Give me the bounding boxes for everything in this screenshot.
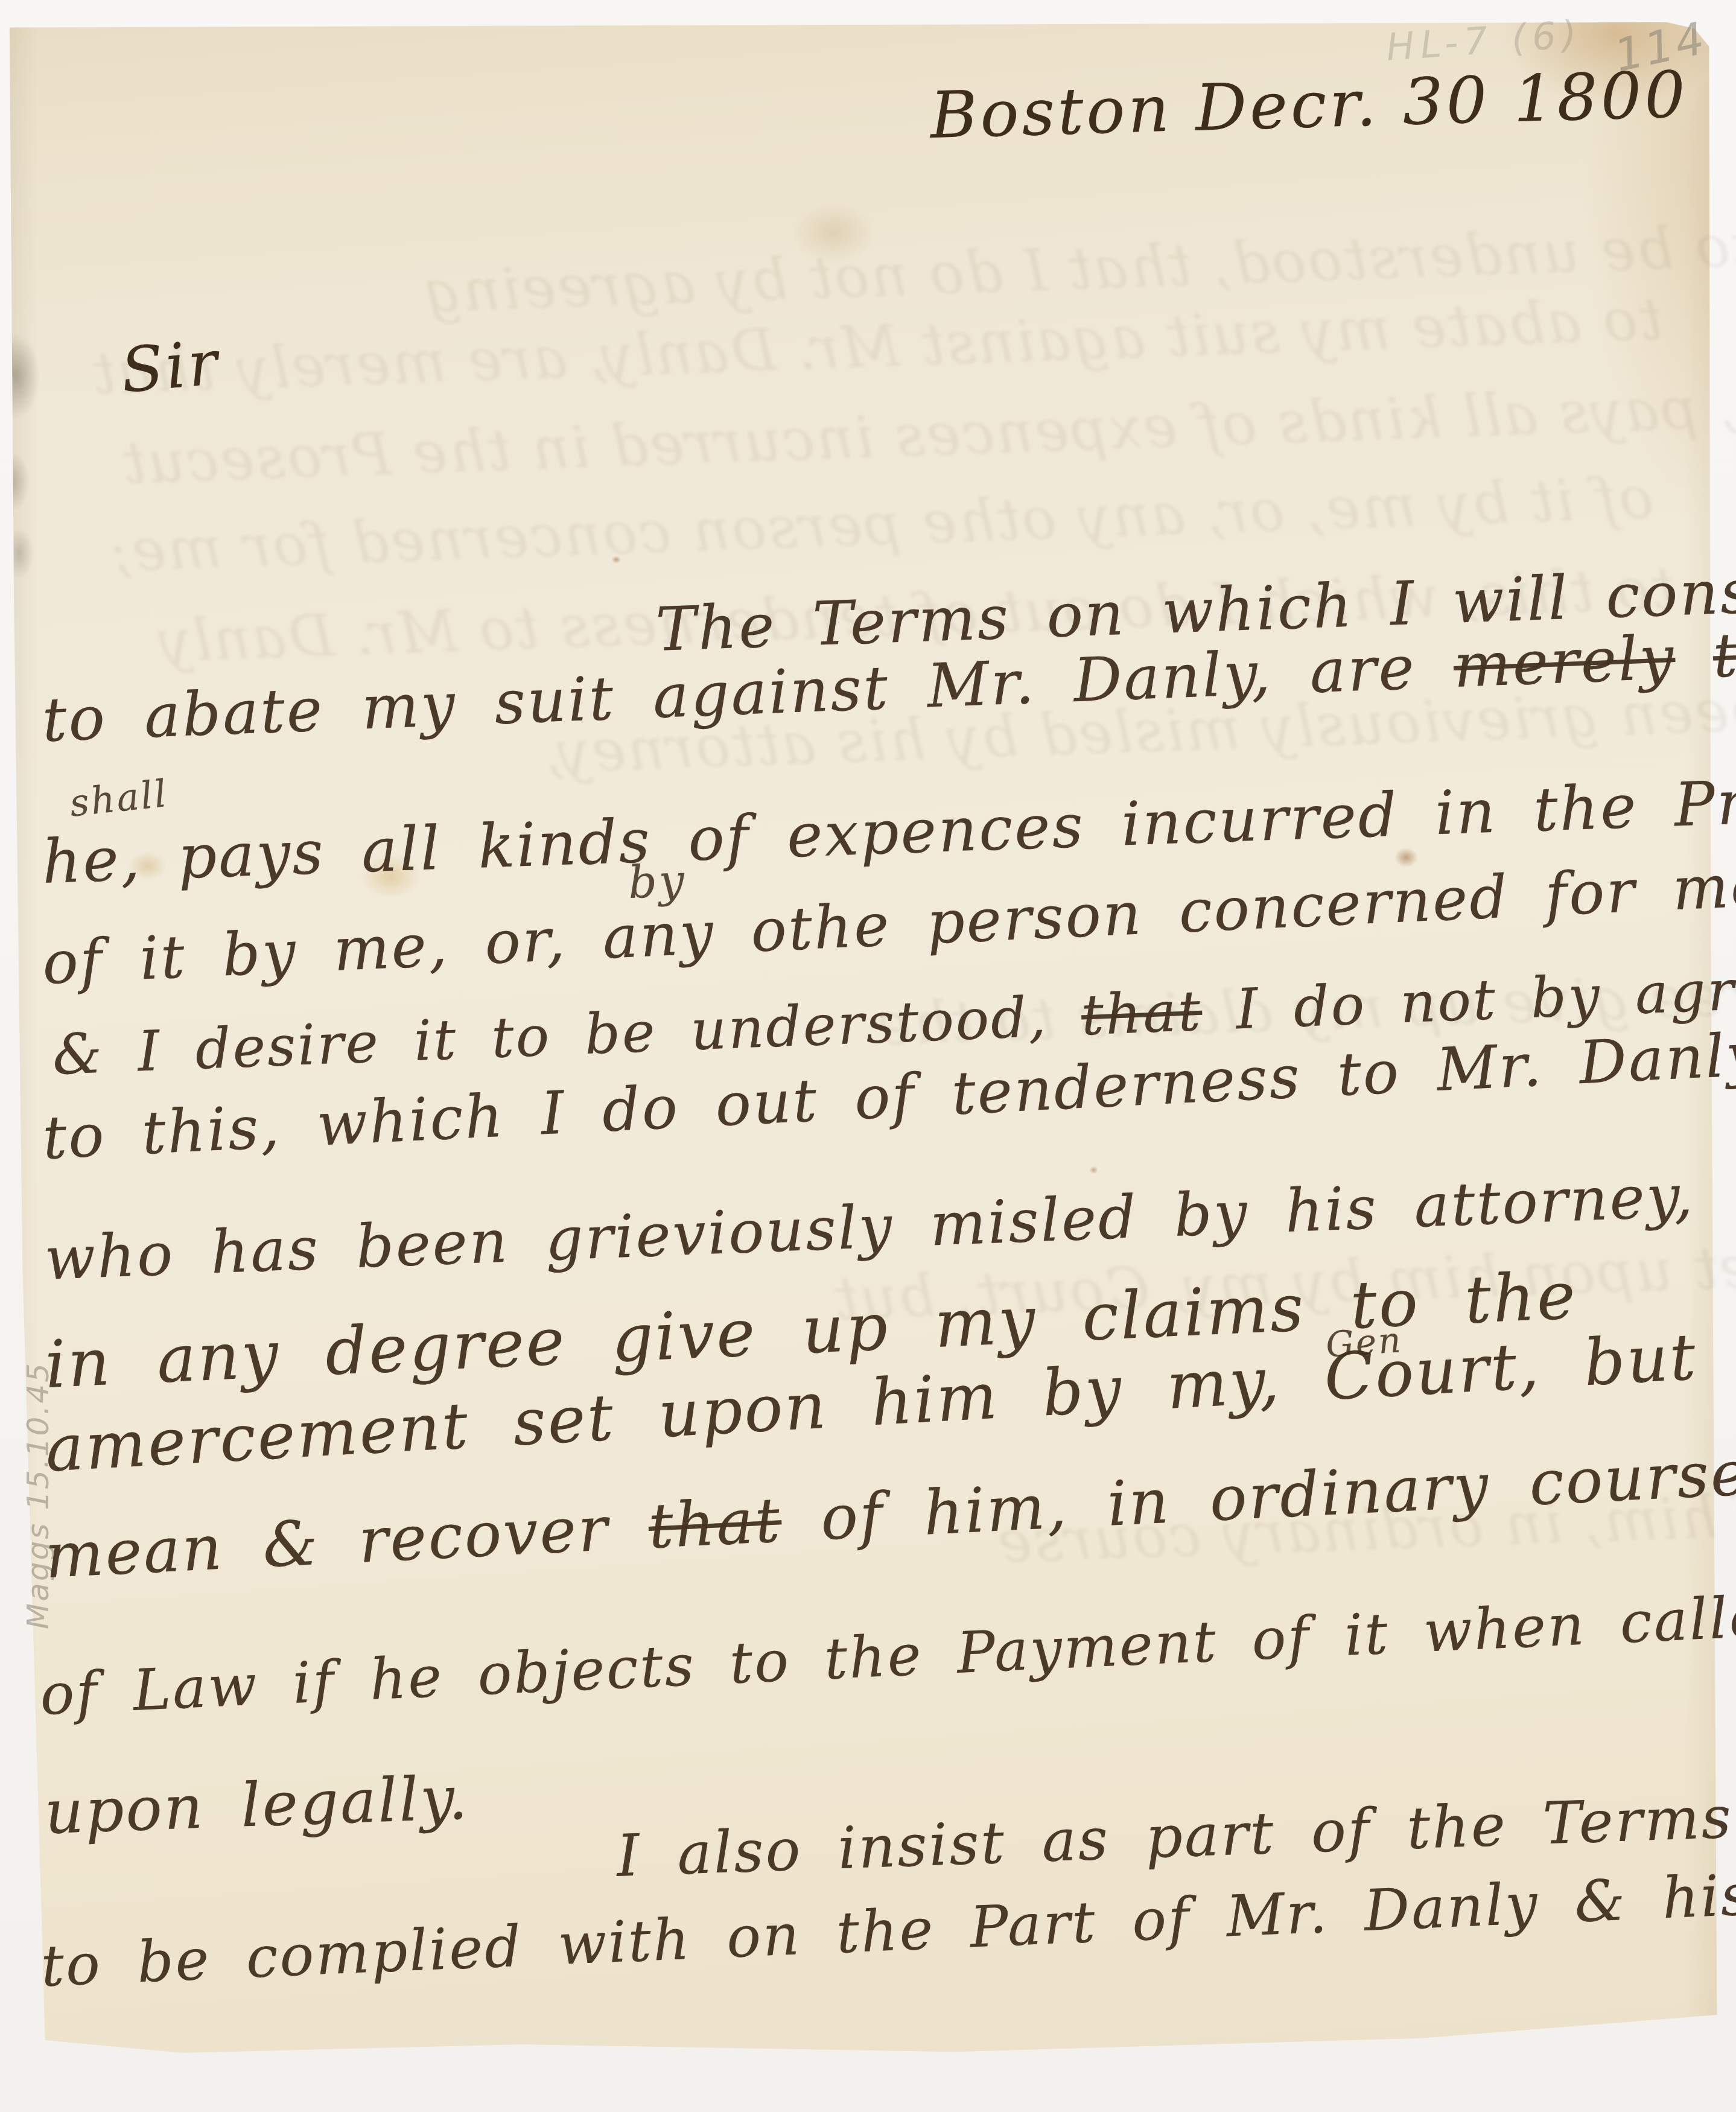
scan-backdrop: & I desire it to be understood, that I d… (0, 0, 1736, 2112)
inserted-word: Gen (1324, 1319, 1404, 1366)
inserted-word: by (628, 855, 687, 909)
interlinear-insertions: shallbyGen (0, 0, 1736, 2112)
inserted-word: shall (68, 771, 170, 825)
